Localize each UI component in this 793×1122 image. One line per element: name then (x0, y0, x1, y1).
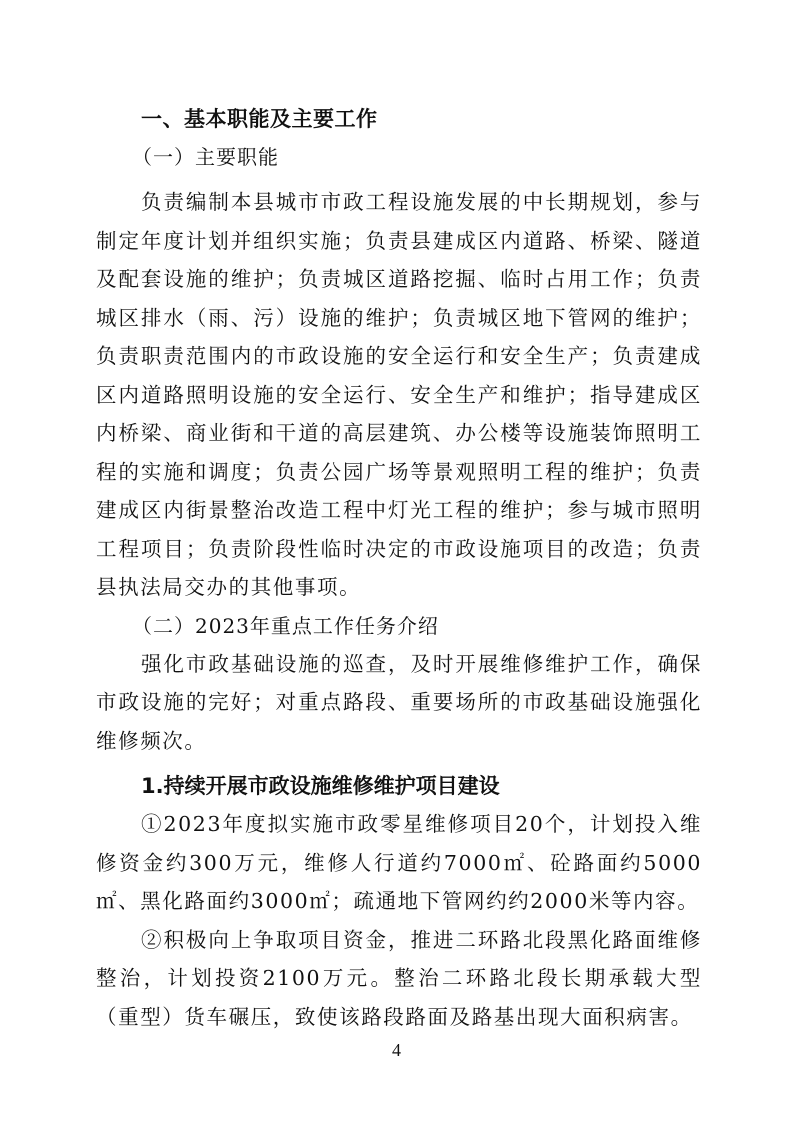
paragraph-point-1: ①2023年度拟实施市政零星维修项目20个，计划投入维修资金约300万元，维修人… (96, 805, 702, 921)
page-number: 4 (0, 1040, 793, 1061)
document-page: 一、基本职能及主要工作 （一）主要职能 负责编制本县城市市政工程设施发展的中长期… (96, 100, 702, 1036)
subsection-title-2023-tasks: （二）2023年重点工作任务介绍 (96, 607, 702, 645)
spacer (96, 760, 702, 767)
spacer (96, 176, 702, 183)
section-title: 一、基本职能及主要工作 (96, 100, 702, 138)
paragraph-main-functions: 负责编制本县城市市政工程设施发展的中长期规划，参与制定年度计划并组织实施；负责县… (96, 183, 702, 607)
paragraph-point-2: ②积极向上争取项目资金，推进二环路北段黑化路面维修整治，计划投资2100万元。整… (96, 921, 702, 1037)
paragraph-2023-tasks: 强化市政基础设施的巡查，及时开展维修维护工作，确保市政设施的完好；对重点路段、重… (96, 645, 702, 761)
item-title-maintenance-projects: 1.持续开展市政设施维修维护项目建设 (96, 767, 702, 805)
subsection-title-main-functions: （一）主要职能 (96, 138, 702, 176)
